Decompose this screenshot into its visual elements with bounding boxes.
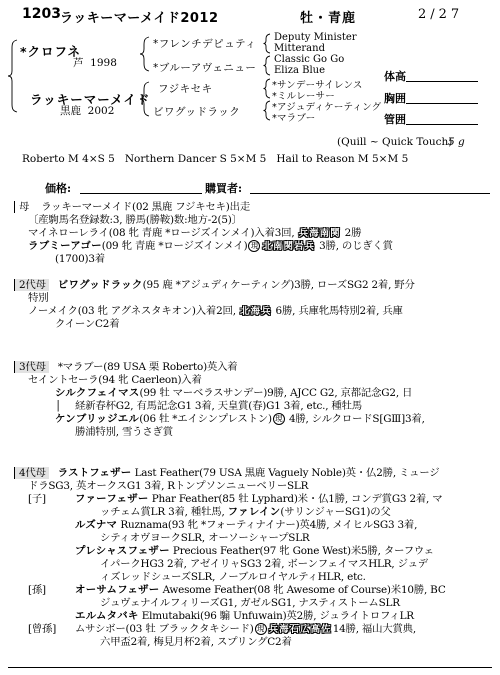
text-segment: Awesome Feather(08 牝 Awesome of Course)米…	[159, 584, 445, 596]
text-segment: 4勝, シルクロードS[GⅢ]3着,	[286, 413, 425, 425]
horse-name-bold: ラブミーアゴー	[28, 240, 102, 252]
text-segment: ムサシボー(03 牡 ブラックタキシード)	[75, 623, 254, 635]
pedigree-text-line: セイントセーラ(94 牝 Caerleon)入着	[0, 374, 492, 387]
pedigree-text-line: 2代母ビワグッドラック(95 鹿 *アジュディケーティング)3勝, ローズSG2…	[0, 279, 492, 292]
height-label: 体高	[384, 70, 406, 83]
pedigree-text-line: クイーンC2着	[0, 318, 492, 331]
chest-label: 胸囲	[384, 92, 406, 105]
catalog-page: 1203 ラッキーマーメイド2012 牡・青鹿 2/27 *クロフネ 芦 199…	[0, 0, 500, 675]
text-segment: 3勝, のじぎく賞	[316, 240, 393, 252]
active-marker: 現	[248, 240, 260, 252]
family-section: 母ラッキーマーメイド(02 黒鹿 フジキセキ)出走〔産駒馬名登録数:3, 勝馬(…	[0, 201, 492, 266]
cannon-field: 管囲	[384, 108, 478, 127]
buyer-label: 購買者:	[205, 180, 242, 196]
pedigree-text-line: [曾孫]ムサシボー(03 牡 ブラックタキシード)現兵海石広高佐14勝, 福山大…	[0, 623, 492, 636]
cannon-blank	[406, 112, 478, 125]
text-segment: クイーンC2着	[55, 318, 119, 330]
horse-name-bold: シルクフェイマス	[55, 387, 140, 399]
text-segment: (サリンジャーSG1)の父	[280, 506, 390, 518]
ggp-name: Classic Go Go	[274, 54, 344, 65]
horse-name-bold: ファレイン	[228, 506, 281, 518]
family-section: 3代母*マラブー(89 USA 栗 Roberto)英入着セイントセーラ(94 …	[0, 361, 492, 439]
active-marker: 現	[273, 413, 285, 425]
family-section: 2代母ビワグッドラック(95 鹿 *アジュディケーティング)3勝, ローズSG2…	[0, 279, 492, 331]
text-segment: Ruznama(93 牝 *フォーティナイナー)英4勝, メイヒルSG3 3着,	[117, 519, 417, 531]
section-label: 3代母	[14, 361, 49, 373]
pedigree-text-line: エルムタバキ Elmutabaki(96 騸 Unfuwain)英2勝, ジュラ…	[0, 610, 492, 623]
text-segment: (1700)3着	[55, 253, 105, 265]
pedigree-text-line: [子]ファーフェザー Phar Feather(85 牡 Lyphard)米・仏…	[0, 493, 492, 506]
generation-tag: [曾孫]	[28, 623, 75, 636]
cannon-label: 管囲	[384, 113, 406, 126]
horse-name-bold: ラストフェザー	[58, 467, 132, 479]
section-label: 母	[14, 201, 32, 213]
pedigree-text-line: ドラSG3, 英オークスG1 3着, RトンプソンニューベリーSLR	[0, 480, 492, 493]
text-segment: *マラブー(89 USA 栗 Roberto)英入着	[58, 361, 238, 373]
horse-name-bold: ファーフェザー	[75, 493, 149, 505]
dam-color-year: 黒鹿 2002	[60, 103, 114, 118]
sibling-connector: │	[55, 400, 75, 413]
text-segment: 経新春杯G2, 有馬記念G1 3着, 天皇賞(春)G1 3着, etc., 種牡…	[75, 400, 362, 412]
family-reference: (Quill ~ Quick Touch)	[337, 136, 452, 148]
height-blank	[406, 69, 478, 82]
text-segment: ドラSG3, 英オークスG1 3着, RトンプソンニューベリーSLR	[28, 480, 308, 492]
family-section: 4代母ラストフェザー Last Feather(79 USA 黒鹿 Vaguel…	[0, 467, 492, 649]
sire-color-year: 芦 1998	[73, 55, 117, 70]
horse-name-bold: オーサムフェザー	[75, 584, 159, 596]
pedigree-text-line: プレシャスフェザー Precious Feather(97 牝 Gone Wes…	[0, 545, 492, 558]
pedigree-text-line: シルクフェイマス(99 牡 マーベラスサンデー)9勝, AJCC G2, 京都記…	[0, 387, 492, 400]
pedigree-text-line: │経新春杯G2, 有馬記念G1 3着, 天皇賞(春)G1 3着, etc., 種…	[0, 400, 492, 413]
regional-tag: 北南関岩兵	[261, 241, 316, 252]
pedigree-text-line: ィズレッドシューズSLR, ノーブルロイヤルティHLR, etc.	[0, 571, 492, 584]
pedigree-text-line: 六甲盃2着, 梅見月杯2着, スプリングC2着	[0, 636, 492, 649]
text-segment: Precious Feather(97 牝 Gone West)米5勝, ターフ…	[170, 545, 434, 557]
dam-sire: フジキセキ	[158, 81, 213, 96]
horse-name-bold: ルズナマ	[75, 519, 117, 531]
price-label: 価格:	[45, 180, 71, 196]
section-label: 4代母	[14, 467, 49, 479]
text-segment: (95 鹿 *アジュディケーティング)3勝, ローズSG2 2着, 野分	[143, 279, 415, 291]
text-segment: シティオヴヨークSLR, オーソーシャープSLR	[100, 532, 310, 544]
ggp-name: Eliza Blue	[274, 65, 325, 76]
text-segment: 勝浦特別, 雪うさぎ賞	[75, 426, 173, 438]
buyer-blank	[250, 181, 490, 194]
pedigree-text-line: (1700)3着	[0, 253, 492, 266]
text-segment: 6勝, 兵庫牝馬特別2着, 兵庫	[272, 305, 402, 317]
text-segment: 六甲盃2着, 梅見月杯2着, スプリングC2着	[100, 636, 292, 648]
pedigree-text-line: 〔産駒馬名登録数:3, 勝馬(勝鞍)数:地方-2(5)〕	[0, 214, 492, 227]
text-segment: ノーメイク(03 牝 アグネスタキオン)入着2回,	[28, 305, 239, 317]
pedigree-text-line: 4代母ラストフェザー Last Feather(79 USA 黒鹿 Vaguel…	[0, 467, 492, 480]
regional-tag: 兵海石広高佐	[268, 624, 333, 635]
horse-name-bold: ビワグッドラック	[58, 279, 143, 291]
text-segment: マイネローレライ(08 牝 青鹿 *ロージズインメイ)入着3回,	[28, 227, 298, 239]
generation-tag: [子]	[28, 493, 75, 506]
text-segment: 14勝, 福山大賞典,	[333, 623, 416, 635]
ggp-name: *マラブー	[272, 110, 315, 124]
text-segment: ジュヴェナイルフィリーズG1, ガゼルSG1, ナスティストームSLR	[100, 597, 400, 609]
pedigree-text-line: 勝浦特別, 雪うさぎ賞	[0, 426, 492, 439]
horse-name-bold: プレシャスフェザー	[75, 545, 170, 557]
pedigree-text-line: ジュヴェナイルフィリーズG1, ガゼルSG1, ナスティストームSLR	[0, 597, 492, 610]
text-segment: Phar Feather(85 牡 Lyphard)米・仏1勝, コンデ賞G3 …	[149, 493, 443, 505]
dam-dam: ビワグッドラック	[153, 104, 240, 119]
sire-sire: *フレンチデピュティ	[153, 36, 256, 51]
text-segment: イパークHG3 2着, アゼイリャSG3 2着, ボーンフェイマスHLR, ジュ…	[100, 558, 428, 570]
pedigree-text-line: 特別	[0, 292, 492, 305]
text-segment: ッチェム賞LR 3着, 種牡馬,	[100, 506, 228, 518]
section-label: 2代母	[14, 279, 49, 291]
horse-name-bold: ケンブリッジエル	[55, 413, 139, 425]
pedigree-text-line: ノーメイク(03 牝 アグネスタキオン)入着2回, 北海兵 6勝, 兵庫牝馬特別…	[0, 305, 492, 318]
pedigree-text-line: ルズナマ Ruznama(93 牝 *フォーティナイナー)英4勝, メイヒルSG…	[0, 519, 492, 532]
text-segment: (99 牡 マーベラスサンデー)9勝, AJCC G2, 京都記念G2, 日	[140, 387, 413, 399]
text-segment: 2勝	[342, 227, 362, 239]
family-number: 5 g	[448, 136, 465, 148]
family-sections: 母ラッキーマーメイド(02 黒鹿 フジキセキ)出走〔産駒馬名登録数:3, 勝馬(…	[0, 201, 492, 649]
pedigree-text-line: シティオヴヨークSLR, オーソーシャープSLR	[0, 532, 492, 545]
pedigree-text-line: ケンブリッジエル(06 牡 *エイシンプレストン)現 4勝, シルクロードS[G…	[0, 413, 492, 426]
pedigree-text-line: [孫]オーサムフェザー Awesome Feather(08 牝 Awesome…	[0, 584, 492, 597]
pedigree-text-line: ラブミーアゴー(09 牝 青鹿 *ロージズインメイ)現北南関岩兵 3勝, のじぎ…	[0, 240, 492, 253]
pedigree-text-line: ッチェム賞LR 3着, 種牡馬, ファレイン(サリンジャーSG1)の父	[0, 506, 492, 519]
text-segment: ィズレッドシューズSLR, ノーブルロイヤルティHLR, etc.	[100, 571, 366, 583]
text-segment: 〔産駒馬名登録数:3, 勝馬(勝鞍)数:地方-2(5)〕	[28, 214, 242, 226]
text-segment: (06 牡 *エイシンプレストン)	[139, 413, 272, 425]
pedigree-text-line: マイネローレライ(08 牝 青鹿 *ロージズインメイ)入着3回, 兵海南関 2勝	[0, 227, 492, 240]
ggp-name: Deputy Minister	[274, 32, 357, 43]
sire-dam: *ブルーアヴェニュー	[153, 60, 256, 75]
inbreeding-line: Roberto M 4×S 5 Northern Dancer S 5×M 5 …	[22, 153, 408, 165]
generation-tag: [孫]	[28, 584, 75, 597]
active-marker: 現	[255, 623, 267, 635]
pedigree-text-line: イパークHG3 2着, アゼイリャSG3 2着, ボーンフェイマスHLR, ジュ…	[0, 558, 492, 571]
chest-blank	[406, 91, 478, 104]
text-segment: Last Feather(79 USA 黒鹿 Vaguely Noble)英・仏…	[132, 467, 440, 479]
horse-name-bold: エルムタバキ	[75, 610, 139, 622]
price-blank	[80, 181, 202, 194]
footer-rule	[8, 667, 492, 668]
regional-tag: 北海兵	[239, 306, 273, 317]
text-segment: (09 牝 青鹿 *ロージズインメイ)	[102, 240, 248, 252]
text-segment: ラッキーマーメイド(02 黒鹿 フジキセキ)出走	[41, 201, 250, 213]
text-segment: Elmutabaki(96 騸 Unfuwain)英2勝, ジュライトロフィLR	[139, 610, 414, 622]
height-field: 体高	[384, 65, 478, 84]
text-segment: セイントセーラ(94 牝 Caerleon)入着	[28, 374, 202, 386]
regional-tag: 兵海南関	[298, 228, 342, 239]
pedigree-text-line: 3代母*マラブー(89 USA 栗 Roberto)英入着	[0, 361, 492, 374]
chest-field: 胸囲	[384, 87, 478, 106]
text-segment: 特別	[28, 292, 48, 304]
ggp-name: Mitterand	[274, 43, 325, 54]
pedigree-text-line: 母ラッキーマーメイド(02 黒鹿 フジキセキ)出走	[0, 201, 492, 214]
sire-name: *クロフネ	[20, 42, 81, 60]
